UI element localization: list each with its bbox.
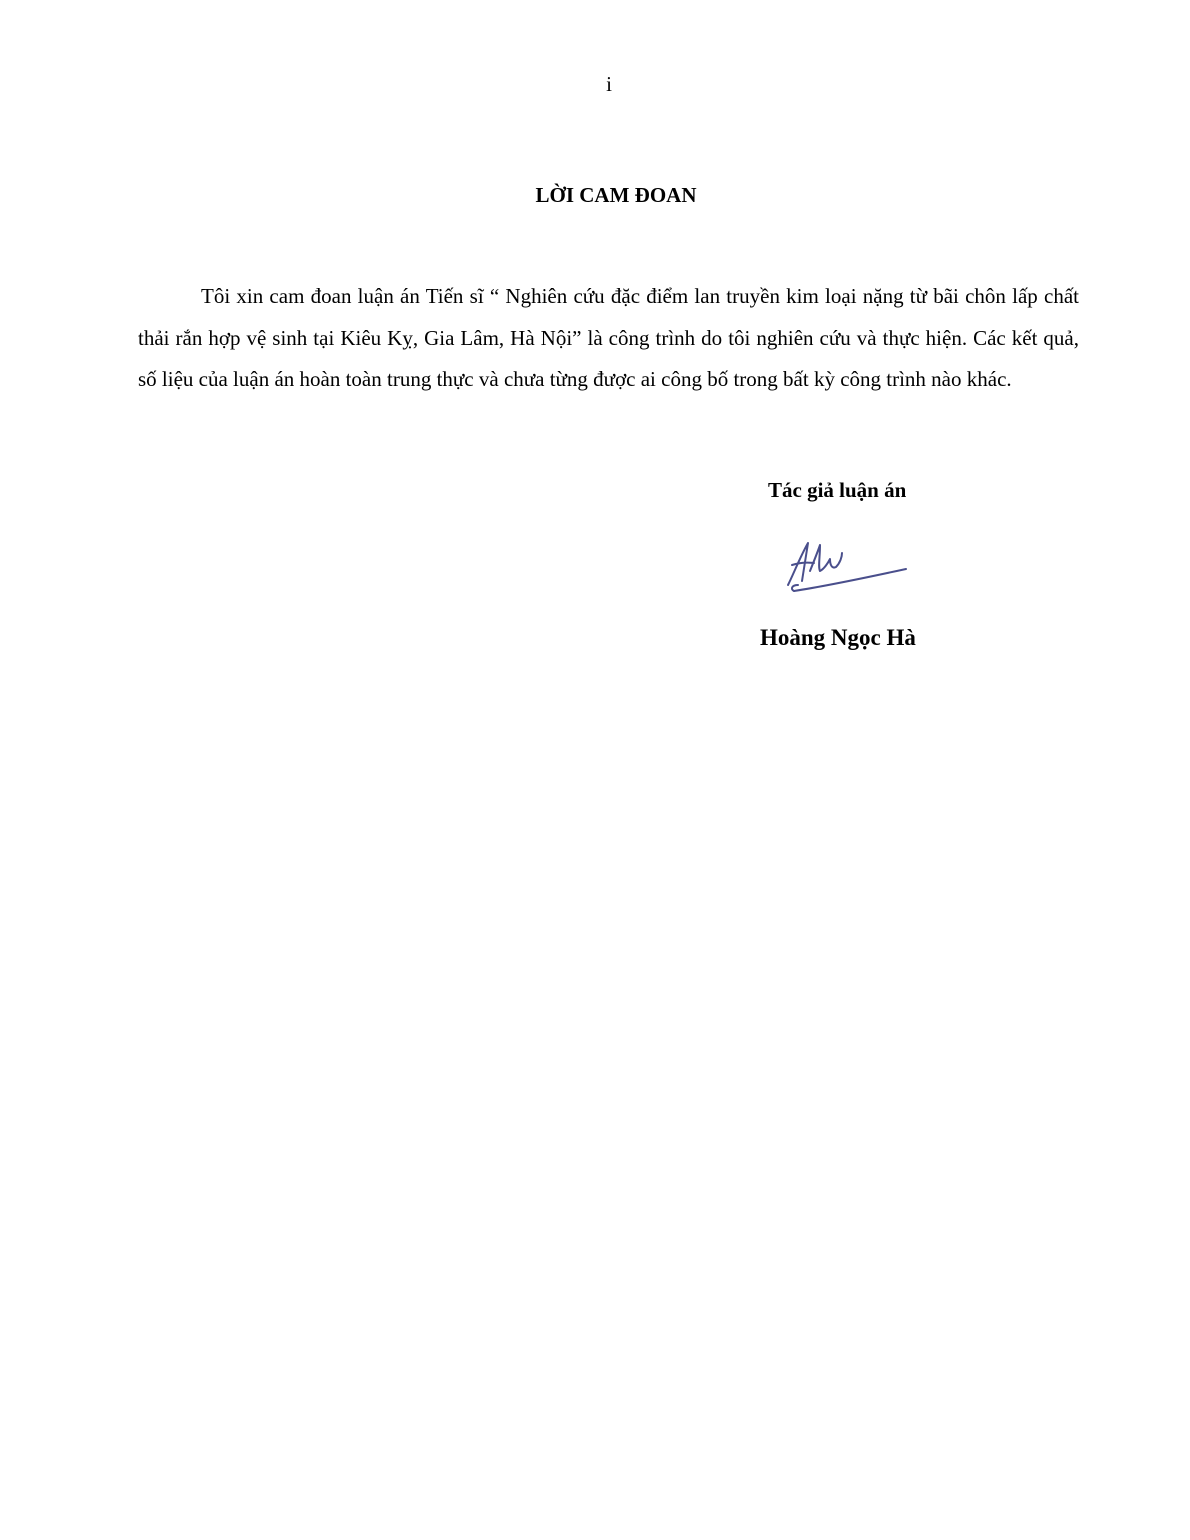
author-name: Hoàng Ngọc Hà: [760, 625, 916, 651]
signature-strokes: [788, 543, 906, 591]
author-label: Tác giả luận án: [768, 478, 906, 503]
signature-image: [780, 535, 915, 600]
declaration-paragraph: Tôi xin cam đoan luận án Tiến sĩ “ Nghiê…: [138, 276, 1079, 401]
page-number: i: [0, 72, 1190, 97]
page-title: LỜI CAM ĐOAN: [0, 183, 1190, 208]
